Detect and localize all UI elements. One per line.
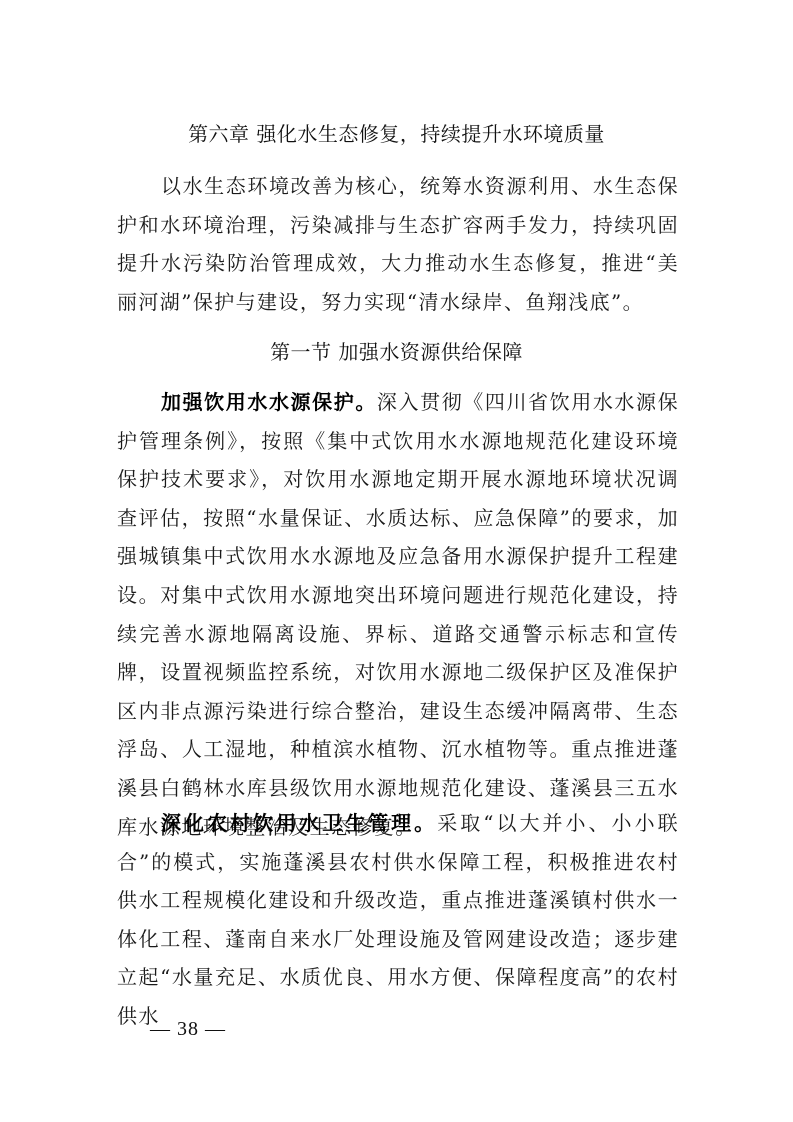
- document-page: 第六章 强化水生态修复，持续提升水环境质量 以水生态环境改善为核心，统筹水资源利…: [0, 0, 793, 1122]
- paragraph-lead-heading: 加强饮用水水源保护。: [161, 390, 377, 414]
- intro-paragraph: 以水生态环境改善为核心，统筹水资源利用、水生态保护和水环境治理，污染减排与生态扩…: [117, 167, 679, 321]
- paragraph-lead-heading: 深化农村饮用水卫生管理。: [161, 811, 437, 835]
- chapter-title: 第六章 强化水生态修复，持续提升水环境质量: [0, 118, 793, 147]
- page-number: — 38 —: [150, 1018, 226, 1041]
- paragraph-rural-water-management: 深化农村饮用水卫生管理。采取“以大并小、小小联合”的模式，实施蓬溪县农村供水保障…: [117, 804, 679, 1036]
- section-title: 第一节 加强水资源供给保障: [0, 336, 793, 365]
- paragraph-body: 深入贯彻《四川省饮用水水源保护管理条例》，按照《集中式饮用水水源地规范化建设环境…: [117, 390, 679, 839]
- paragraph-body: 采取“以大并小、小小联合”的模式，实施蓬溪县农村供水保障工程，积极推进农村供水工…: [117, 811, 679, 1028]
- paragraph-drinking-water-protection: 加强饮用水水源保护。深入贯彻《四川省饮用水水源保护管理条例》，按照《集中式饮用水…: [117, 383, 679, 846]
